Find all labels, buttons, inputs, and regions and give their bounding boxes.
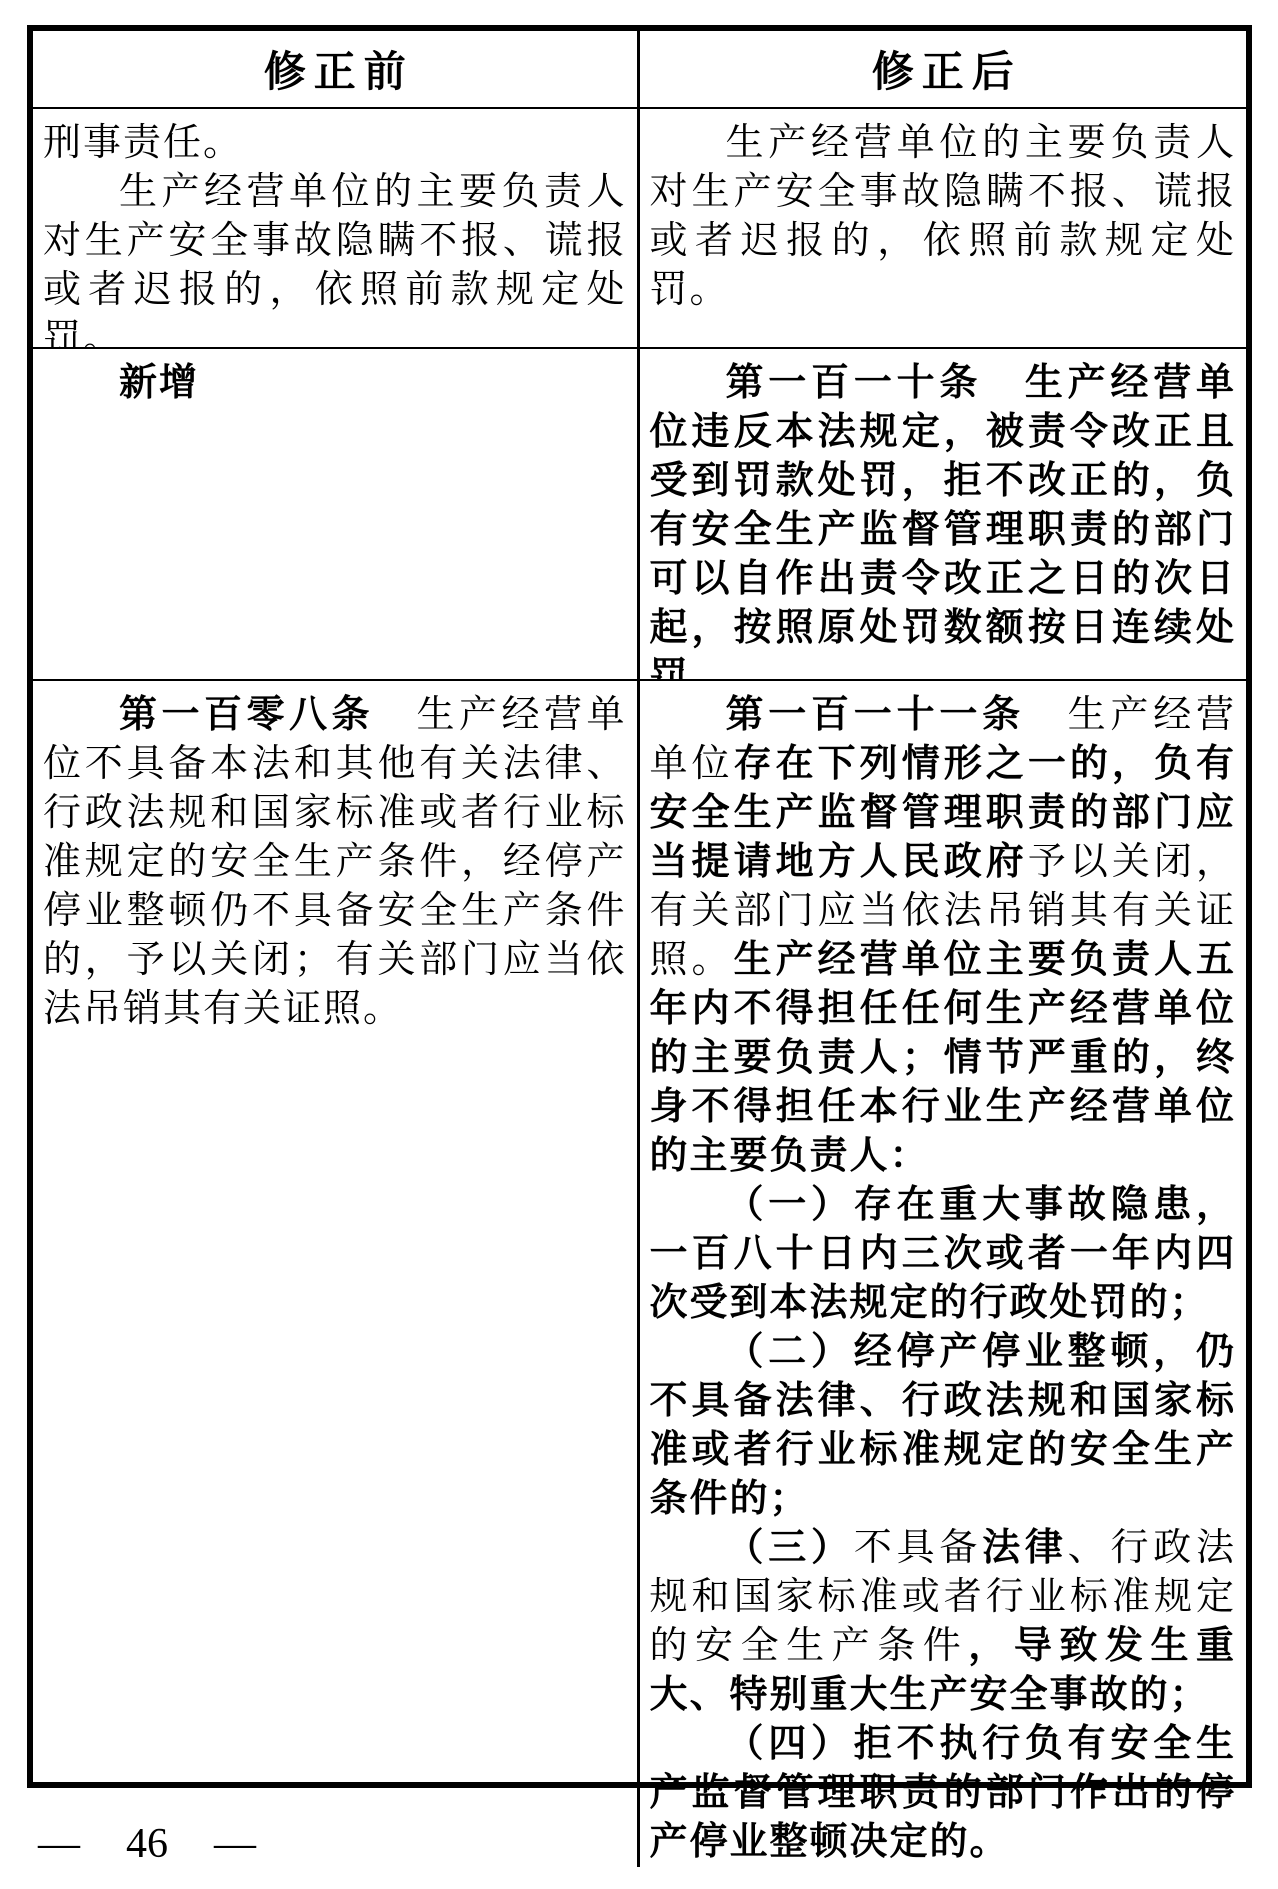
revised-text-segment: （三） [726, 1527, 854, 1569]
paragraph: 生产经营单位的主要负责人对生产安全事故隐瞒不报、谎报或者迟报的，依照前款规定处罚… [43, 168, 627, 347]
cell-row3-before: 第一百零八条 生产经营单位不具备本法和其他有关法律、行政法规和国家标准或者行业标… [33, 681, 640, 1867]
cell-row1-before: 刑事责任。生产经营单位的主要负责人对生产安全事故隐瞒不报、谎报或者迟报的，依照前… [33, 109, 640, 347]
table-header-row: 修正前 修正后 [33, 31, 1246, 109]
revised-text-segment: 第一百一十条 生产经营单位违反本法规定，被责令改正且受到罚款处罚，拒不改正的，负… [650, 362, 1237, 679]
text-segment: 生产经营单位的主要负责人对生产安全事故隐瞒不报、谎报或者迟报的，依照前款规定处罚… [43, 171, 627, 347]
revised-text-segment: 第一百一十一条 [726, 694, 1025, 736]
cell-row2-before: 新增 [33, 349, 640, 679]
paragraph: 第一百一十条 生产经营单位违反本法规定，被责令改正且受到罚款处罚，拒不改正的，负… [650, 359, 1237, 679]
table-row: 新增 第一百一十条 生产经营单位违反本法规定，被责令改正且受到罚款处罚，拒不改正… [33, 349, 1246, 681]
revised-text-segment: 法律 [982, 1527, 1068, 1569]
revised-text-segment: （四）拒不执行负有安全生产监督管理职责的部门作出的停产停业整顿决定的。 [650, 1723, 1237, 1863]
revised-text-segment: （二）经停产停业整顿，仍不具备法律、行政法规和国家标准或者行业标准规定的安全生产… [650, 1331, 1237, 1520]
footer-page-number: 46 [126, 1820, 168, 1868]
paragraph: （一）存在重大事故隐患，一百八十日内三次或者一年内四次受到本法规定的行政处罚的； [650, 1181, 1237, 1328]
revised-text-segment: 生产经营单位主要负责人五年内不得担任任何生产经营单位的主要负责人；情节严重的，终… [650, 939, 1237, 1177]
text-segment: 生产经营单位不具备本法和其他有关法律、行政法规和国家标准或者行业标准规定的安全生… [43, 694, 627, 1030]
revised-text-segment: 新增 [119, 362, 199, 404]
text-segment: 刑事责任。 [43, 122, 243, 164]
paragraph: 刑事责任。 [43, 119, 627, 168]
table-row: 第一百零八条 生产经营单位不具备本法和其他有关法律、行政法规和国家标准或者行业标… [33, 681, 1246, 1867]
column-header-before: 修正前 [33, 31, 640, 107]
amendment-comparison-table: 修正前 修正后 刑事责任。生产经营单位的主要负责人对生产安全事故隐瞒不报、谎报或… [27, 25, 1252, 1788]
column-header-after: 修正后 [640, 31, 1247, 107]
footer-dash-left: — [38, 1820, 80, 1868]
paragraph: （四）拒不执行负有安全生产监督管理职责的部门作出的停产停业整顿决定的。 [650, 1720, 1237, 1867]
text-segment: 不具备 [854, 1527, 982, 1569]
paragraph: （二）经停产停业整顿，仍不具备法律、行政法规和国家标准或者行业标准规定的安全生产… [650, 1328, 1237, 1524]
revised-text-segment: （一）存在重大事故隐患，一百八十日内三次或者一年内四次受到本法规定的行政处罚的； [650, 1184, 1237, 1324]
footer-dash-right: — [214, 1820, 256, 1868]
page-number: — 46 — [38, 1818, 256, 1870]
paragraph: （三）不具备法律、行政法规和国家标准或者行业标准规定的安全生产条件，导致发生重大… [650, 1524, 1237, 1720]
paragraph: 第一百零八条 生产经营单位不具备本法和其他有关法律、行政法规和国家标准或者行业标… [43, 691, 627, 1034]
table-row: 刑事责任。生产经营单位的主要负责人对生产安全事故隐瞒不报、谎报或者迟报的，依照前… [33, 109, 1246, 349]
cell-row1-after: 生产经营单位的主要负责人对生产安全事故隐瞒不报、谎报或者迟报的，依照前款规定处罚… [640, 109, 1247, 347]
paragraph: 新增 [43, 359, 627, 408]
paragraph: 生产经营单位的主要负责人对生产安全事故隐瞒不报、谎报或者迟报的，依照前款规定处罚… [650, 119, 1237, 315]
page: 修正前 修正后 刑事责任。生产经营单位的主要负责人对生产安全事故隐瞒不报、谎报或… [0, 0, 1278, 1889]
cell-row2-after: 第一百一十条 生产经营单位违反本法规定，被责令改正且受到罚款处罚，拒不改正的，负… [640, 349, 1247, 679]
revised-text-segment: 第一百零八条 [119, 694, 374, 736]
paragraph: 第一百一十一条 生产经营单位存在下列情形之一的，负有安全生产监督管理职责的部门应… [650, 691, 1237, 1181]
cell-row3-after: 第一百一十一条 生产经营单位存在下列情形之一的，负有安全生产监督管理职责的部门应… [640, 681, 1247, 1867]
text-segment: 生产经营单位的主要负责人对生产安全事故隐瞒不报、谎报或者迟报的，依照前款规定处罚… [650, 122, 1237, 311]
